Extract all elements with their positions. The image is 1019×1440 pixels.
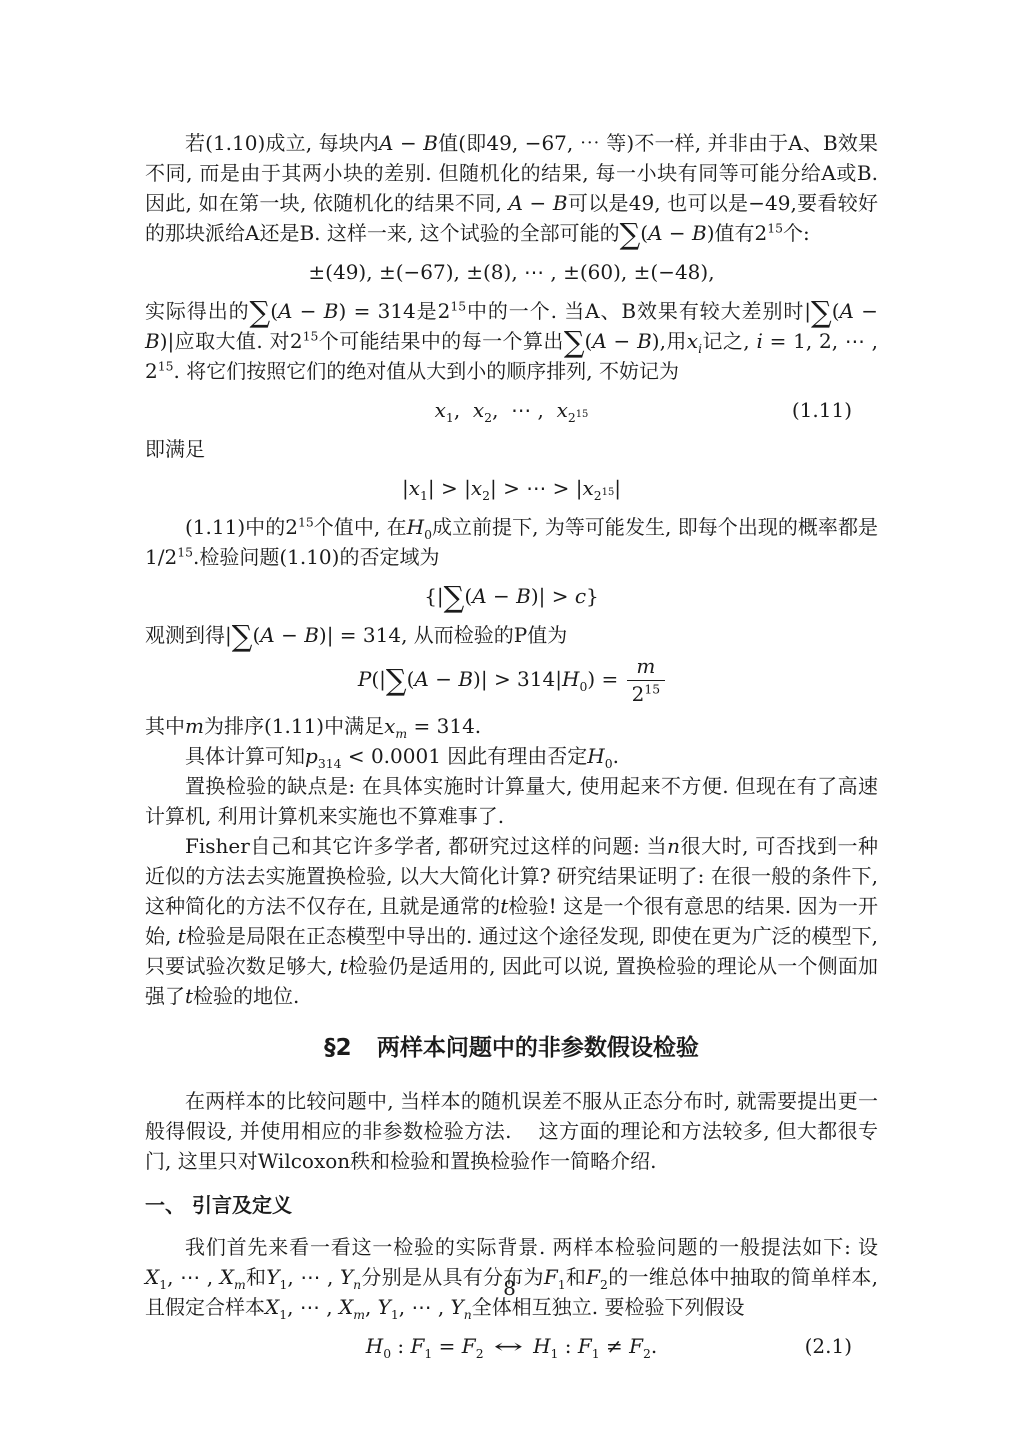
subsection-label: 一、 — [145, 1193, 185, 1217]
text-block: 若(1.10)成立, 每块内A − B值(即49, −67, ⋯ 等)不一样, … — [145, 128, 878, 1370]
fraction-numerator: m — [627, 655, 666, 681]
display-equation-plus-minus-values: ±(49), ±(−67), ±(8), ⋯ , ±(60), ±(−48), — [145, 257, 878, 287]
display-equation-hypotheses: H0 : F1 = F2 ↔ H1 : F1 ≠ F2. (2.1) — [145, 1331, 878, 1361]
display-equation-ordered-x: x1, x2, ⋯ , x215 (1.11) — [145, 395, 878, 425]
section-title: 两样本问题中的非参数假设检验 — [377, 1035, 699, 1061]
paragraph-observed: 观测到得|∑(A − B)| = 314, 从而检验的P值为 — [145, 620, 878, 650]
equation-lhs: P(|∑(A − B)| > 314|H0) = — [358, 667, 625, 691]
equation-body: H0 : F1 = F2 ↔ H1 : F1 ≠ F2. — [366, 1334, 658, 1358]
paragraph-two-sample-intro: 在两样本的比较问题中, 当样本的随机误差不服从正态分布时, 就需要提出更一般得假… — [145, 1086, 878, 1176]
paragraph-drawback: 置换检验的缺点是: 在具体实施时计算量大, 使用起来不方便. 但现在有了高速计算… — [145, 771, 878, 831]
paragraph-satisfy: 即满足 — [145, 434, 878, 464]
subsection-title: 引言及定义 — [192, 1193, 292, 1217]
equation-body: x1, x2, ⋯ , x215 — [435, 398, 589, 422]
equation-label: (1.11) — [792, 395, 852, 425]
display-equation-abs-order: |x1| > |x2| > ⋯ > |x215| — [145, 473, 878, 503]
subsection-heading: 一、引言及定义 — [145, 1191, 878, 1219]
paragraph-where-m: 其中m为排序(1.11)中满足xm = 314. — [145, 711, 878, 741]
section-heading: §2两样本问题中的非参数假设检验 — [145, 1032, 878, 1064]
page-number: 8 — [0, 1276, 1019, 1300]
display-equation-p-value: P(|∑(A − B)| > 314|H0) = m215 — [145, 655, 878, 706]
paragraph-reject-h0: 具体计算可知p314 < 0.0001 因此有理由否定H0. — [145, 741, 878, 771]
fraction: m215 — [627, 655, 666, 706]
paragraph-sum-314: 实际得出的∑(A − B) = 314是215中的一个. 当A、B效果有较大差别… — [145, 296, 878, 386]
equation-body: |x1| > |x2| > ⋯ > |x215| — [402, 476, 621, 500]
display-equation-rejection-region: {|∑(A − B)| > c} — [145, 581, 878, 611]
equation-body: {|∑(A − B)| > c} — [424, 584, 599, 608]
equation-label: (2.1) — [805, 1331, 852, 1361]
paragraph-equal-probability: (1.11)中的215个值中, 在H0成立前提下, 为等可能发生, 即每个出现的… — [145, 512, 878, 572]
equation-body: ±(49), ±(−67), ±(8), ⋯ , ±(60), ±(−48), — [308, 260, 714, 284]
fraction-denominator: 215 — [627, 681, 666, 706]
section-number: §2 — [324, 1035, 352, 1061]
paragraph-randomization: 若(1.10)成立, 每块内A − B值(即49, −67, ⋯ 等)不一样, … — [145, 128, 878, 248]
paragraph-fisher: Fisher自己和其它许多学者, 都研究过这样的问题: 当n很大时, 可否找到一… — [145, 831, 878, 1011]
document-page: 若(1.10)成立, 每块内A − B值(即49, −67, ⋯ 等)不一样, … — [0, 0, 1019, 1440]
